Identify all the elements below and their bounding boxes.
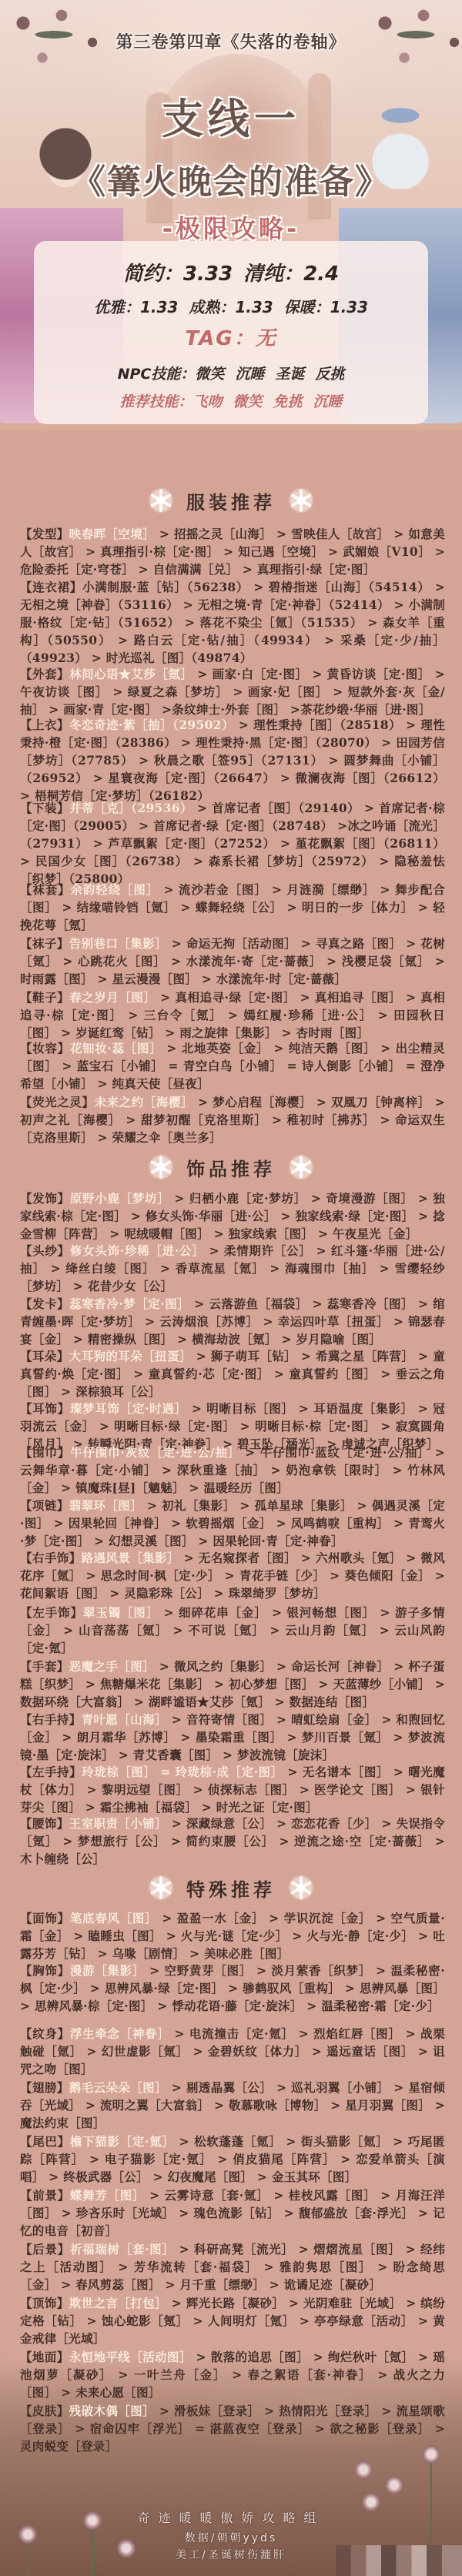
recommended-skill: 微笑 (233, 393, 262, 410)
category-label: 【袜子】 (20, 936, 69, 951)
category-label: 【发型】 (20, 527, 69, 541)
stat-label-mature: 成熟： (189, 298, 235, 316)
category-label: 【荧光之灵】 (20, 1095, 94, 1109)
chapter-title: 第三卷第四章《失落的卷轴》 (0, 29, 462, 53)
snowflake-icon (148, 1154, 174, 1180)
top-pick: 余韵轻绕［图］ (71, 882, 159, 897)
top-pick: 牛仔围巾·灰纹［定·进·公/抽］ (70, 1445, 240, 1460)
rose-decoration (385, 2476, 403, 2494)
category-label: 【发卡】 (20, 1296, 69, 1311)
category-label: 【皮肤】 (20, 2404, 69, 2418)
hero-banner: 第三卷第四章《失落的卷轴》 支线一 《篝火晚会的准备》 -极限攻略- 简约：3.… (0, 0, 462, 431)
list-item-makeup: 【妆容】花钿妆·蕊［图］ > 北地英姿［金］ > 纯洁天鹅［图］ > 出尘精灵［… (20, 1039, 445, 1092)
category-label: 【妆容】 (20, 1041, 70, 1055)
category-label: 【面饰】 (20, 1911, 70, 1925)
list-item-gloves: 【手套】恶魔之手［图］ > 微风之约［集影］ > 命运长河［神眷］ > 杯子蛋糕… (20, 1658, 445, 1711)
category-label: 【腰饰】 (20, 1816, 69, 1831)
guide-type-label: -极限攻略- (0, 209, 462, 245)
top-pick: 璨梦耳饰［定·时遇］ (70, 1401, 187, 1416)
list-item-ears: 【耳朵】大耳狗的耳朵［扭蛋］ > 狮子萌耳［钻］ > 希冀之星［阵营］ > 童真… (20, 1347, 445, 1400)
npc-skill: 圣诞 (275, 366, 304, 383)
stat-label-warm: 保暖： (284, 298, 330, 316)
list-item-background: 【后景】祈福瑞树［套·图］ > 科研高凳［流光］ > 熠熠流星［图］ > 经纬之… (20, 2240, 445, 2293)
top-pick: 翡翠环［图］ (69, 1498, 142, 1513)
list-item-dress: 【连衣裙】小满制服·蓝［钻］（56238） > 碧椿指迷［山海］（54514） … (20, 578, 445, 667)
top-pick: 林间心语★艾莎［氪］ (69, 667, 192, 681)
list-item-bottom: 【下装】并蒂［克］（29536） > 首席记者［图］（29140） > 首席记者… (20, 799, 445, 888)
list-item-brooch: 【胸饰】漫游［集影］ > 空野黄芽［图］ > 淡月萦香［织梦］ > 温柔秘密·枫… (20, 1962, 445, 2015)
recommended-skill: 免挑 (273, 393, 303, 410)
category-label: 【尾巴】 (20, 2134, 70, 2149)
list-item-top-decor: 【顶饰】欺世之言［打包］ > 辉光长路［凝砂］ > 光阴难驻［光域］ > 缤纷定… (20, 2294, 445, 2347)
list-item-tattoo: 【纹身】浮生牵念［神眷］ > 电流撞击［定·氪］ > 烈焰红唇［图］ > 战栗触… (20, 2025, 445, 2078)
list-item-waist: 【腰饰】王室职责［小铺］ > 深藏绿意［公］ > 恋恋花香［少］ > 失误指令［… (20, 1815, 445, 1868)
npc-skills-row: NPC技能：微笑沉睡圣诞反挑 (34, 363, 428, 383)
section-header-clothing: 服装推荐 (0, 485, 462, 516)
list-item-left-bracelet: 【左手饰】翠玉镯［图］ > 细碎花串［金］ > 银河畅想［图］ > 游子多情［金… (20, 1604, 445, 1657)
npc-skill: 沉睡 (235, 366, 264, 383)
stat-value-mature: 1.33 (235, 298, 273, 316)
list-item-socks: 【袜子】告别巷口［集影］ > 命运无拘［活动图］ > 寻真之路［图］ > 花树［… (20, 935, 445, 988)
list-item-left-hand: 【左手持】玲珑棕［图］ = 玲珑棕·成［定·图］ > 无名谱本［图］ > 曙光魔… (20, 1763, 445, 1816)
top-pick: 大耳狗的耳朵［扭蛋］ (69, 1349, 192, 1363)
list-item-necklace: 【项链】翡翠环［图］ > 初礼［集影］ > 孤单星球［集影］ > 偶遇灵溪［定·… (20, 1497, 445, 1550)
category-label: 【耳饰】 (20, 1401, 70, 1416)
list-item-spirit: 【荧光之灵】未来之约［海樱］ > 梦心启程［海樱］ > 双凰刀［钟离梓］ > 初… (20, 1093, 445, 1146)
list-item-tail: 【尾巴】檐下猫影［定·氪］ > 松软蓬蓬［氪］ > 街头猫影［氪］ > 巧尾匿踪… (20, 2133, 445, 2186)
top-pick: 祈福瑞树［套·图］ (70, 2242, 175, 2257)
category-label: 【地面】 (20, 2350, 69, 2364)
category-label: 【袜套】 (20, 882, 71, 897)
recommended-skills-row: 推荐技能：飞吻微笑免挑沉睡 (34, 390, 428, 411)
stat-value-elegant: 1.33 (140, 298, 178, 316)
tag-label: TAG： (185, 327, 255, 350)
top-pick: 鹅毛云朵朵［图］ (69, 2080, 167, 2095)
list-item-top: 【上衣】冬恋奇迹·紫［抽］（29502） > 理性秉持［图］（28518） > … (20, 716, 445, 805)
stat-label-pure: 清纯： (243, 263, 303, 286)
category-label: 【胸饰】 (20, 1963, 70, 1978)
category-label: 【耳朵】 (20, 1349, 69, 1363)
top-pick: 蝶舞芳［图］ (70, 2188, 145, 2203)
section-title: 饰品推荐 (186, 1154, 276, 1181)
list-item-shoes: 【鞋子】春之岁月［图］ > 真相追寻·绿［定·图］ > 真相追寻［图］ > 真相… (20, 989, 445, 1042)
top-pick: 青叶愿［山海］ (82, 1712, 167, 1727)
list-item-hair-accessory: 【发饰】原野小鹿［梦坊］ > 归栖小鹿［定·梦坊］ > 奇境漫游［图］ > 独家… (20, 1189, 445, 1243)
category-label: 【左手饰】 (20, 1605, 83, 1620)
top-pick: 映春晖［空境］ (69, 527, 155, 541)
top-pick: 浮生牵念［神眷］ (70, 2026, 170, 2041)
top-pick: 并蒂［克］（29536） (69, 801, 192, 815)
category-label: 【翅膀】 (20, 2080, 69, 2095)
category-label: 【手套】 (20, 1659, 69, 1674)
list-item-foreground: 【前景】蝶舞芳［图］ > 云雾诗意［套·氪］ > 桂枝风露［图］ > 月海汪洋［… (20, 2186, 445, 2240)
rose-decoration (354, 2461, 373, 2479)
snowflake-icon (288, 1875, 314, 1901)
recommended-skill: 飞吻 (192, 393, 222, 410)
top-pick: 原野小鹿［梦坊］ (70, 1191, 170, 1206)
category-label: 【项链】 (20, 1498, 69, 1513)
list-item-scarf: 【围巾】牛仔围巾·灰纹［定·进·公/抽］ > 牛仔围巾·蓝纹［定·进·公/抽］ … (20, 1444, 445, 1497)
category-label: 【前景】 (20, 2188, 70, 2203)
category-label: 【发饰】 (20, 1191, 70, 1206)
top-pick: 欺世之言［打包］ (69, 2296, 167, 2310)
alternatives: 小满制服·蓝［钻］（56238） > 碧椿指迷［山海］（54514） > 无相之… (20, 580, 445, 665)
list-item-right-bracelet: 【右手饰】路遇风景［集影］ > 无名窥探者［图］ > 六州歌头［氪］ > 微风花… (20, 1549, 445, 1602)
rose-stem (430, 2464, 432, 2541)
category-label: 【头纱】 (20, 1243, 70, 1258)
top-pick: 冬恋奇迹·紫［抽］（29502） (69, 718, 234, 732)
category-label: 【顶饰】 (20, 2296, 69, 2310)
category-label: 【下装】 (20, 801, 69, 815)
category-label: 【纹身】 (20, 2026, 70, 2041)
stat-row-primary: 简约：3.33清纯：2.4 (34, 258, 428, 286)
snowflake-icon (148, 487, 174, 514)
list-item-face: 【面饰】笔底春风［图］ > 盈盈一水［金］ > 学识沉淀［金］ > 空气质量·霜… (20, 1909, 445, 1962)
stat-row-secondary: 优雅：1.33成熟：1.33保暖：1.33 (34, 295, 428, 317)
stat-value-warm: 1.33 (330, 298, 368, 316)
list-item-socks-cover: 【袜套】余韵轻绕［图］ > 流沙若金［图］ > 月涟漪［缥缈］ > 舞步配合［图… (20, 881, 445, 934)
top-pick: 笔底春风［图］ (70, 1911, 157, 1925)
top-pick: 花钿妆·蕊［图］ (70, 1041, 162, 1055)
list-item-wings: 【翅膀】鹅毛云朵朵［图］ > 剔透晶翼［公］ > 巡礼羽翼［小铺］ > 星宿倾吞… (20, 2079, 445, 2132)
top-pick: 王室职责［小铺］ (69, 1816, 167, 1831)
stat-value-simple: 3.33 (183, 263, 233, 286)
section-title: 服装推荐 (186, 487, 276, 514)
category-label: 【外套】 (20, 667, 69, 681)
recommended-skill: 沉睡 (313, 393, 343, 410)
rose-decoration (422, 2445, 440, 2464)
top-pick: 翠玉镯［图］ (83, 1605, 159, 1620)
section-header-accessories: 饰品推荐 (0, 1152, 462, 1183)
top-pick: 蕊寒香冷·梦［定·图］ (69, 1296, 189, 1311)
top-pick: 玲珑棕［图］ = 玲珑棕·成［定·图］ (82, 1765, 283, 1779)
category-label: 【围巾】 (20, 1445, 70, 1460)
snowflake-icon (288, 487, 314, 514)
npc-skills-label: NPC技能： (118, 366, 196, 383)
category-label: 【右手饰】 (20, 1551, 82, 1565)
list-item-hairpin: 【发卡】蕊寒香冷·梦［定·图］ > 云落游鱼［福袋］ > 蕊寒香冷［图］ > 绾… (20, 1295, 445, 1348)
stat-value-pure: 2.4 (303, 263, 339, 286)
tag-value: 无 (256, 327, 277, 350)
section-title: 特殊推荐 (186, 1875, 276, 1902)
top-pick: 漫游［集影］ (70, 1963, 145, 1978)
stats-panel: 简约：3.33清纯：2.4 优雅：1.33成熟：1.33保暖：1.33 TAG：… (34, 241, 428, 424)
npc-skill: 反挑 (315, 366, 344, 383)
snowflake-icon (148, 1875, 174, 1901)
npc-skill: 微笑 (195, 366, 224, 383)
list-item-hair: 【发型】映春晖［空境］ > 招摇之灵［山海］ > 雪映佳人［故宫］ > 如意美人… (20, 525, 445, 578)
top-pick: 春之岁月［图］ (69, 990, 156, 1005)
category-label: 【上衣】 (20, 718, 69, 732)
watermark-mosaic (336, 2545, 462, 2576)
category-label: 【后景】 (20, 2242, 70, 2257)
top-pick: 永恒地平线［活动图］ (69, 2350, 192, 2364)
snowflake-icon (288, 1154, 314, 1180)
recommended-skills-label: 推荐技能： (119, 393, 192, 410)
stat-label-simple: 简约： (123, 263, 183, 286)
category-label: 【连衣裙】 (20, 580, 82, 594)
quest-title: 支线一 (0, 86, 462, 146)
stat-label-elegant: 优雅： (94, 298, 140, 316)
quest-subtitle: 《篝火晚会的准备》 (0, 154, 462, 203)
top-pick: 残破木偶［图］ (69, 2404, 155, 2418)
top-pick: 恶魔之手［图］ (69, 1659, 155, 1674)
top-pick: 未来之约［海樱］ (94, 1095, 193, 1109)
category-label: 【左手持】 (20, 1765, 82, 1779)
list-item-skin: 【皮肤】残破木偶［图］ > 滑板妹［登录］ > 热情阳光［登录］ > 流星颂歌［… (20, 2402, 445, 2455)
list-item-right-hand: 【右手持】青叶愿［山海］ > 音符寄情［图］ > 晴虹绘扇［金］ > 和煦回忆［… (20, 1711, 445, 1764)
category-label: 【鞋子】 (20, 990, 69, 1005)
category-label: 【右手持】 (20, 1712, 82, 1727)
top-pick: 修女头饰·珍稀［进·公］ (70, 1243, 204, 1258)
credits-group: 奇迹暖暖傲娇攻略组 (0, 2508, 462, 2526)
top-pick: 告别巷口［集影］ (69, 936, 167, 951)
top-pick: 檐下猫影［定·氪］ (70, 2134, 175, 2149)
top-pick: 路遇风景［集影］ (82, 1551, 179, 1565)
list-item-veil: 【头纱】修女头饰·珍稀［进·公］ > 柔情期许［公］ > 红斗篷·华丽［进·公/… (20, 1242, 445, 1295)
tag-row: TAG：无 (34, 323, 428, 351)
credits-data: 数据/朝朝yyds (0, 2530, 462, 2545)
list-item-coat: 【外套】林间心语★艾莎［氪］ > 画家·白［定·图］ > 黄昏访谈［定·图］ >… (20, 665, 445, 718)
section-header-special: 特殊推荐 (0, 1872, 462, 1903)
list-item-ground: 【地面】永恒地平线［活动图］ > 散落的追思［图］ > 绚烂秋叶［氪］ > 瑶池… (20, 2348, 445, 2401)
